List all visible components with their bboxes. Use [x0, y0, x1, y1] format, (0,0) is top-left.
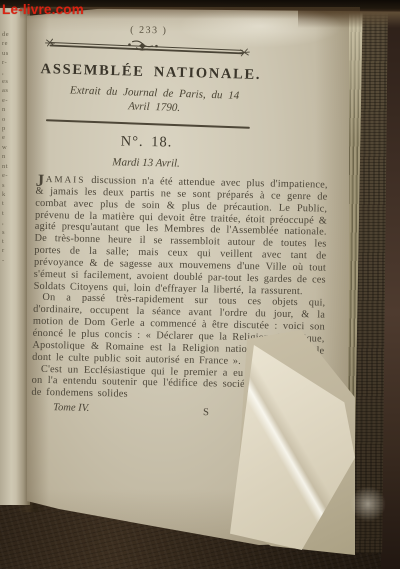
paragraph-1: JAMAIS discussion n'a été attendue avec … [33, 174, 327, 298]
issue-number: N°. 18. [36, 132, 256, 153]
date-heading: Mardi 13 Avril. [36, 155, 256, 171]
edge-smudge [350, 486, 386, 522]
paragraph-1-text: discussion n'a été attendue avec plus d'… [34, 175, 328, 297]
document-title: ASSEMBLÉE NATIONALE. [38, 61, 264, 84]
header-rule [46, 119, 250, 129]
tome-label: Tome IV. [53, 402, 89, 414]
watermark-text: Le-livre.com [2, 2, 84, 17]
lead-caps: AMAIS [46, 174, 86, 185]
document-subtitle: Extrait du Journal de Paris, du 14 Avril… [37, 83, 272, 118]
book-photo: dereusr-,esase-nopewnnte-sktt,str- ( 233… [0, 0, 400, 569]
signature-mark: S [203, 407, 209, 418]
